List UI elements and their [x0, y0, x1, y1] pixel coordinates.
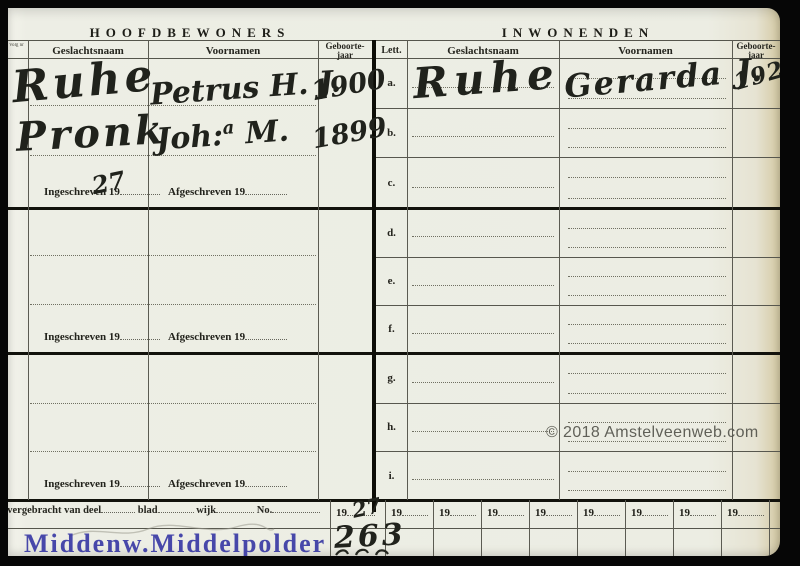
- writing-line: [412, 431, 554, 432]
- grid-line: [376, 403, 780, 404]
- column-header-voornamen: Voornamen: [148, 45, 318, 57]
- left-panel-title: HOOFDBEWONERS: [8, 25, 372, 41]
- writing-line: [568, 393, 726, 394]
- inwonenden-row: b.: [376, 108, 780, 157]
- dotted-leader: [594, 507, 620, 516]
- footer-year-cell: 19: [487, 507, 524, 519]
- row-letter: c.: [376, 177, 407, 189]
- dotted-leader: [120, 331, 160, 340]
- row-letter: e.: [376, 275, 407, 287]
- writing-line: [568, 471, 726, 472]
- grid-line: [330, 500, 331, 556]
- row-letter: g.: [376, 372, 407, 384]
- dotted-leader: [546, 507, 572, 516]
- dotted-leader: [738, 507, 764, 516]
- footer-year-cell: 19: [583, 507, 620, 519]
- writing-line: [568, 373, 726, 374]
- writing-line: [568, 128, 726, 129]
- hoofdbewoners-section-2: Ingeschreven 19 Afgeschreven 19: [8, 208, 372, 352]
- dotted-leader: [158, 505, 194, 513]
- writing-line: [412, 236, 554, 237]
- afgeschreven-label: Afgeschreven 19: [168, 331, 287, 343]
- ingeschreven-label: Ingeschreven 19: [44, 331, 160, 343]
- inwonenden-row: g.: [376, 353, 780, 403]
- footer-year-cell: 19: [535, 507, 572, 519]
- writing-line: [412, 136, 554, 137]
- grid-line: [376, 305, 780, 306]
- writing-line: [568, 276, 726, 277]
- register-card: HOOFDBEWONERS INWONENDEN Volg nr Geslach…: [8, 8, 780, 556]
- grid-line: [721, 500, 722, 556]
- grid-line: [673, 500, 674, 556]
- inwonenden-row: i.: [376, 451, 780, 500]
- grid-line: [433, 500, 434, 556]
- dotted-leader: [101, 505, 135, 513]
- scanned-register-page: HOOFDBEWONERS INWONENDEN Volg nr Geslach…: [0, 0, 800, 566]
- dotted-leader: [642, 507, 668, 516]
- dotted-leader: [402, 507, 428, 516]
- afgeschreven-label: Afgeschreven 19: [168, 186, 287, 198]
- grid-line: [376, 451, 780, 452]
- grid-line: [577, 500, 578, 556]
- writing-line: [568, 490, 726, 491]
- footer-year-cell: 19: [727, 507, 764, 519]
- transfer-line: overgebracht van deel blad wijk No.: [8, 505, 320, 516]
- grid-line: [376, 157, 780, 158]
- writing-line: [412, 187, 554, 188]
- writing-line: [30, 304, 316, 305]
- ingeschreven-label: Ingeschreven 19: [44, 478, 160, 490]
- writing-line: [568, 343, 726, 344]
- writing-line: [412, 285, 554, 286]
- right-panel-title: INWONENDEN: [376, 25, 780, 41]
- dotted-leader: [498, 507, 524, 516]
- row-letter: d.: [376, 227, 407, 239]
- inwonenden-row: f.: [376, 305, 780, 353]
- dotted-leader: [216, 505, 254, 513]
- writing-line: [568, 198, 726, 199]
- footer-year-cell: 19: [439, 507, 476, 519]
- inwonenden-row: c.: [376, 157, 780, 208]
- writing-line: [412, 382, 554, 383]
- grid-line: [8, 40, 780, 41]
- grid-line: [481, 500, 482, 556]
- dotted-leader: [120, 478, 160, 487]
- writing-line: [568, 247, 726, 248]
- footer-year-cell: 19: [679, 507, 716, 519]
- dotted-leader: [245, 331, 287, 340]
- writing-line: [30, 255, 316, 256]
- dotted-leader: [245, 186, 287, 195]
- dotted-leader: [690, 507, 716, 516]
- handwritten-surname-row-a: Ruhe: [412, 53, 561, 105]
- inwonenden-row: e.: [376, 257, 780, 305]
- handwritten-surname-1: Ruhe: [10, 54, 158, 110]
- dotted-leader: [245, 478, 287, 487]
- writing-line: [412, 479, 554, 480]
- watermark: © 2018 Amstelveenweb.com: [546, 424, 759, 442]
- writing-line: [568, 324, 726, 325]
- dotted-leader: [450, 507, 476, 516]
- grid-line: [376, 257, 780, 258]
- handwritten-surname-2: Pronk: [15, 110, 167, 158]
- district-stamp: Middenw.Middelpolder: [24, 529, 326, 556]
- grid-line: [769, 500, 770, 556]
- writing-line: [412, 333, 554, 334]
- inwonenden-row: d.: [376, 208, 780, 257]
- handwritten-firstnames-2: Joh:a M.: [155, 115, 290, 155]
- writing-line: [568, 147, 726, 148]
- row-letter: f.: [376, 323, 407, 335]
- edge-column-header: Volg nr: [9, 43, 24, 55]
- footer-year-cell: 19: [631, 507, 668, 519]
- grid-line: [376, 108, 780, 109]
- writing-line: [568, 295, 726, 296]
- grid-line: [625, 500, 626, 556]
- handwritten-footer-year: 27: [350, 494, 383, 521]
- dotted-leader: [272, 505, 320, 513]
- handwritten-register-number: 263: [333, 520, 406, 554]
- writing-line: [30, 403, 316, 404]
- hoofdbewoners-section-3: Ingeschreven 19 Afgeschreven 19: [8, 353, 372, 499]
- writing-line: [30, 451, 316, 452]
- row-letter: i.: [376, 470, 407, 482]
- handwritten-ingeschreven-year: 27: [90, 168, 128, 198]
- grid-line: [529, 500, 530, 556]
- row-letter: h.: [376, 421, 407, 433]
- writing-line: [568, 177, 726, 178]
- writing-line: [568, 228, 726, 229]
- column-header-lett: Lett.: [376, 45, 407, 56]
- afgeschreven-label: Afgeschreven 19: [168, 478, 287, 490]
